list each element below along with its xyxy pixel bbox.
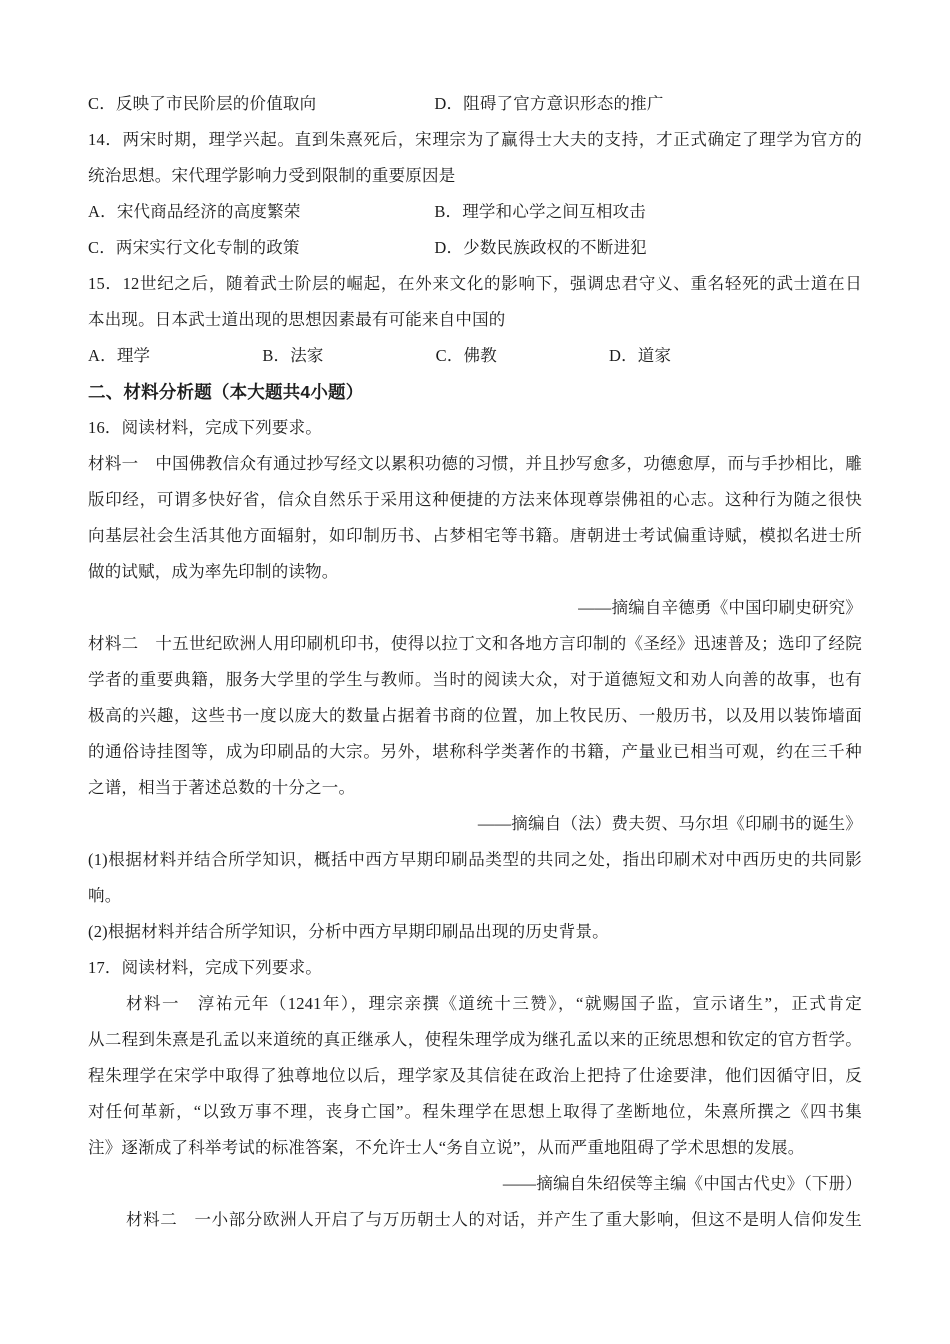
q17-material-1-line-2: 从二程到朱熹是孔孟以来道统的真正继承人，使程朱理学成为继孔孟以来的正统思想和钦定…	[88, 1022, 862, 1058]
q16-subquestion-1-line-2: 响。	[88, 878, 862, 914]
q17-material-1-line-1: 材料一 淳祐元年（1241年），理宗亲撰《道统十三赞》，“就赐国子监，宣示诸生”…	[88, 986, 862, 1022]
q14-stem-line-2: 统治思想。宋代理学影响力受到限制的重要原因是	[88, 158, 862, 194]
q16-material-1-line-3: 向基层社会生活其他方面辐射，如印制历书、占梦相宅等书籍。唐朝进士考试偏重诗赋，模…	[88, 518, 862, 554]
q16-material-2-line-3: 极高的兴趣，这些书一度以庞大的数量占据着书商的位置，加上牧民历、一般历书，以及用…	[88, 698, 862, 734]
q13-options-row: C．反映了市民阶层的价值取向 D．阻碍了官方意识形态的推广	[88, 86, 862, 122]
q15-option-a: A．理学	[88, 338, 258, 374]
q15-option-d: D．道家	[609, 338, 671, 374]
exam-page: C．反映了市民阶层的价值取向 D．阻碍了官方意识形态的推广 14．两宋时期，理学…	[0, 0, 950, 1344]
q15-options-row: A．理学 B．法家 C．佛教 D．道家	[88, 338, 862, 374]
q16-subquestion-1-line-1: (1)根据材料并结合所学知识，概括中西方早期印刷品类型的共同之处，指出印刷术对中…	[88, 842, 862, 878]
q15-option-b: B．法家	[262, 338, 431, 374]
q17-material-2-line-1: 材料二 一小部分欧洲人开启了与万历朝士人的对话，并产生了重大影响，但这不是明人信…	[88, 1202, 862, 1238]
q15-stem-line-1: 15．12世纪之后，随着武士阶层的崛起，在外来文化的影响下，强调忠君守义、重名轻…	[88, 266, 862, 302]
q14-options-row-2: C．两宋实行文化专制的政策 D．少数民族政权的不断进犯	[88, 230, 862, 266]
q17-intro: 17．阅读材料，完成下列要求。	[88, 950, 862, 986]
q13-option-c: C．反映了市民阶层的价值取向	[88, 86, 430, 122]
q14-option-b: B．理学和心学之间互相攻击	[434, 194, 646, 230]
q16-material-1-line-1: 材料一 中国佛教信众有通过抄写经文以累积功德的习惯，并且抄写愈多，功德愈厚，而与…	[88, 446, 862, 482]
q14-option-d: D．少数民族政权的不断进犯	[434, 230, 647, 266]
q13-option-d: D．阻碍了官方意识形态的推广	[434, 86, 663, 122]
q16-citation-1: ——摘编自辛德勇《中国印刷史研究》	[88, 590, 862, 626]
q14-options-row-1: A．宋代商品经济的高度繁荣 B．理学和心学之间互相攻击	[88, 194, 862, 230]
q16-material-2-line-5: 之谱，相当于著述总数的十分之一。	[88, 770, 862, 806]
q15-option-c: C．佛教	[436, 338, 605, 374]
section-2-title: 二、材料分析题（本大题共4小题）	[88, 374, 862, 410]
q17-material-1-line-4: 对任何革新，“以致万事不理，丧身亡国”。程朱理学在思想上取得了垄断地位，朱熹所撰…	[88, 1094, 862, 1130]
q16-intro: 16．阅读材料，完成下列要求。	[88, 410, 862, 446]
q16-material-2-line-1: 材料二 十五世纪欧洲人用印刷机印书，使得以拉丁文和各地方言印制的《圣经》迅速普及…	[88, 626, 862, 662]
q14-stem-line-1: 14．两宋时期，理学兴起。直到朱熹死后，宋理宗为了赢得士大夫的支持，才正式确定了…	[88, 122, 862, 158]
q17-material-1-line-3: 程朱理学在宋学中取得了独尊地位以后，理学家及其信徒在政治上把持了仕途要津，他们因…	[88, 1058, 862, 1094]
q14-option-a: A．宋代商品经济的高度繁荣	[88, 194, 430, 230]
q16-citation-2: ——摘编自（法）费夫贺、马尔坦《印刷书的诞生》	[88, 806, 862, 842]
q14-option-c: C．两宋实行文化专制的政策	[88, 230, 430, 266]
q16-subquestion-2: (2)根据材料并结合所学知识，分析中西方早期印刷品出现的历史背景。	[88, 914, 862, 950]
q16-material-2-line-4: 的通俗诗挂图等，成为印刷品的大宗。另外，堪称科学类著作的书籍，产量业已相当可观，…	[88, 734, 862, 770]
q15-stem-line-2: 本出现。日本武士道出现的思想因素最有可能来自中国的	[88, 302, 862, 338]
q16-material-1-line-4: 做的试赋，成为率先印制的读物。	[88, 554, 862, 590]
q16-material-1-line-2: 版印经，可谓多快好省，信众自然乐于采用这种便捷的方法来体现尊崇佛祖的心志。这种行…	[88, 482, 862, 518]
q17-material-1-line-5: 注》逐渐成了科举考试的标准答案，不允许士人“务自立说”，从而严重地阻碍了学术思想…	[88, 1130, 862, 1166]
q16-material-2-line-2: 学者的重要典籍，服务大学里的学生与教师。当时的阅读大众，对于道德短文和劝人向善的…	[88, 662, 862, 698]
q17-citation: ——摘编自朱绍侯等主编《中国古代史》（下册）	[88, 1166, 862, 1202]
